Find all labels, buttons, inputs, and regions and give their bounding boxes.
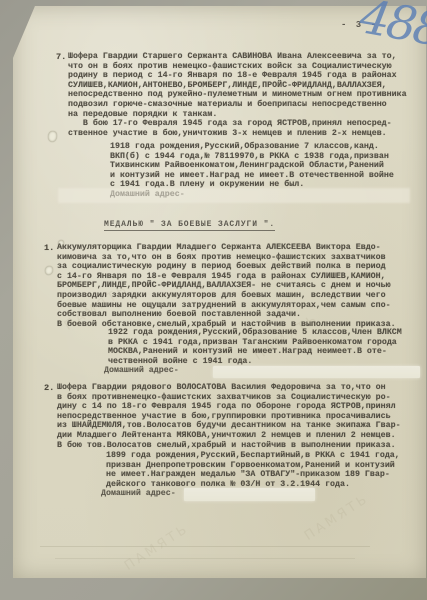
typed-line: кимовича за то,что он в боях против неме… — [57, 253, 396, 263]
paper-crease — [40, 546, 370, 547]
medal-heading: МЕДАЛЬЮ " ЗА БОЕВЫЕ ЗАСЛУГИ ". — [104, 220, 275, 231]
typed-line: чественной войне с 1941 года. — [108, 357, 402, 367]
typed-line: Шофера Гвардии Старшего Сержанта САВИНОВ… — [68, 52, 407, 62]
address-label: Домашний адрес- — [110, 190, 185, 199]
typed-line: не имеет.Награжден медалью "ЗА ОТВАГУ"-п… — [106, 470, 400, 480]
entry-number: 2. — [44, 383, 54, 393]
typed-line: что он в боях против немецко-фашистских … — [68, 62, 407, 72]
typed-line: непосредственно под ружейно-пулеметным и… — [68, 90, 407, 100]
address-redaction-box — [184, 488, 315, 501]
typed-line: ВКП(б) с 1944 года,№ 78119970,в РККА с 1… — [110, 152, 394, 162]
entry-bio: 1899 года рождения,Русский,Беспартийный,… — [106, 451, 400, 489]
typed-line: с 14-го Января по 18-е Февраля 1945 года… — [57, 272, 396, 282]
typed-line: В бою тов.Волосатов смелый,храбрый и нас… — [57, 441, 401, 451]
entry-citation: Шофера Гвардии рядового ВОЛОСАТОВА Васил… — [57, 383, 401, 450]
typed-line: 1899 года рождения,Русский,Беспартийный,… — [106, 451, 400, 461]
typed-line: БРОМБЕРГ,ЛИНДЕ,ПРОЙС-ФРИДЛАНД,ВАЛЛАХЗЕЯ-… — [57, 281, 396, 291]
typed-line: из ШНАЙДЕМЮЛЯ,тов.Волосатов будучи десан… — [57, 421, 401, 431]
typed-line: родину в период с 14-го Января по 18-е Ф… — [68, 71, 407, 81]
typed-line: дии Младшего Лейтенанта МЯКОВА,уничтожил… — [57, 431, 401, 441]
typed-line: за социалистическую родину в период боев… — [57, 262, 396, 272]
typed-line: Шофера Гвардии рядового ВОЛОСАТОВА Васил… — [57, 383, 401, 393]
typed-line: подвозил горюче-смазочные материалы и бо… — [68, 100, 407, 110]
typed-line: боевые машины не ощущали затруднений в а… — [57, 301, 396, 311]
typed-line: 1922 года рождения,Русский,Образование 5… — [108, 328, 402, 338]
typed-line: производил зарядки аккумуляторов для бое… — [57, 291, 396, 301]
typed-line: 1918 года рождения,Русский,Образование 7… — [110, 142, 394, 152]
typed-line: СУЛИШЕВ,КАМИОН,АНТОНЕВО,БРОМБЕРГ,ЛИНДЕ,П… — [68, 81, 407, 91]
typed-line: дину с 14 по 18-го Февраля 1945 года по … — [57, 402, 401, 412]
typed-line: В бою 17-го Февраля 1945 года за город Я… — [68, 119, 407, 129]
entry-bio: 1918 года рождения,Русский,Образование 7… — [110, 142, 394, 190]
typed-line: непосредственное участие в бою,группиров… — [57, 412, 401, 422]
entry-bio: 1922 года рождения,Русский,Образование 5… — [108, 328, 402, 366]
entry-number: 7. — [56, 52, 66, 62]
entry-citation: Аккумуляторщика Гвардии Младшего Сержант… — [57, 243, 396, 329]
typed-line: Тихвинским Райвоенкоматом,Ленинградской … — [110, 161, 394, 171]
entry-number: 1. — [44, 243, 54, 253]
document-scan: ПАМЯТЬ ПАМЯТЬ ПАМЯТЬ ПАМЯТЬ ПАМЯТЬ - 3 -… — [0, 0, 427, 600]
typed-line: в боях противнемецко-фашистских захватчи… — [57, 393, 401, 403]
typed-line: призван Днепропетровским Горвоенкоматом,… — [106, 461, 400, 471]
typed-line: на передовые порядки к танкам. — [68, 110, 407, 120]
address-label: Домашний адрес- — [101, 489, 176, 498]
address-redaction-box — [213, 366, 420, 378]
typed-line: Аккумуляторщика Гвардии Младшего Сержант… — [57, 243, 396, 253]
address-label: Домашний адрес- — [104, 366, 179, 375]
typed-line: собствовал выполнению боевой поставленно… — [57, 310, 396, 320]
paper-crease — [55, 558, 355, 559]
typed-line: и контузий не имеет.Наград не имеет.В от… — [110, 171, 394, 181]
entry-citation: Шофера Гвардии Старшего Сержанта САВИНОВ… — [68, 52, 407, 138]
typed-line: МОСКВА,Ранений и контузий не имеет.Награ… — [108, 347, 402, 357]
typed-line: в РККА с 1941 года,призван Таганским Рай… — [108, 338, 402, 348]
typed-line: ственное участие в бою,уничтожив 3-х нем… — [68, 129, 407, 139]
